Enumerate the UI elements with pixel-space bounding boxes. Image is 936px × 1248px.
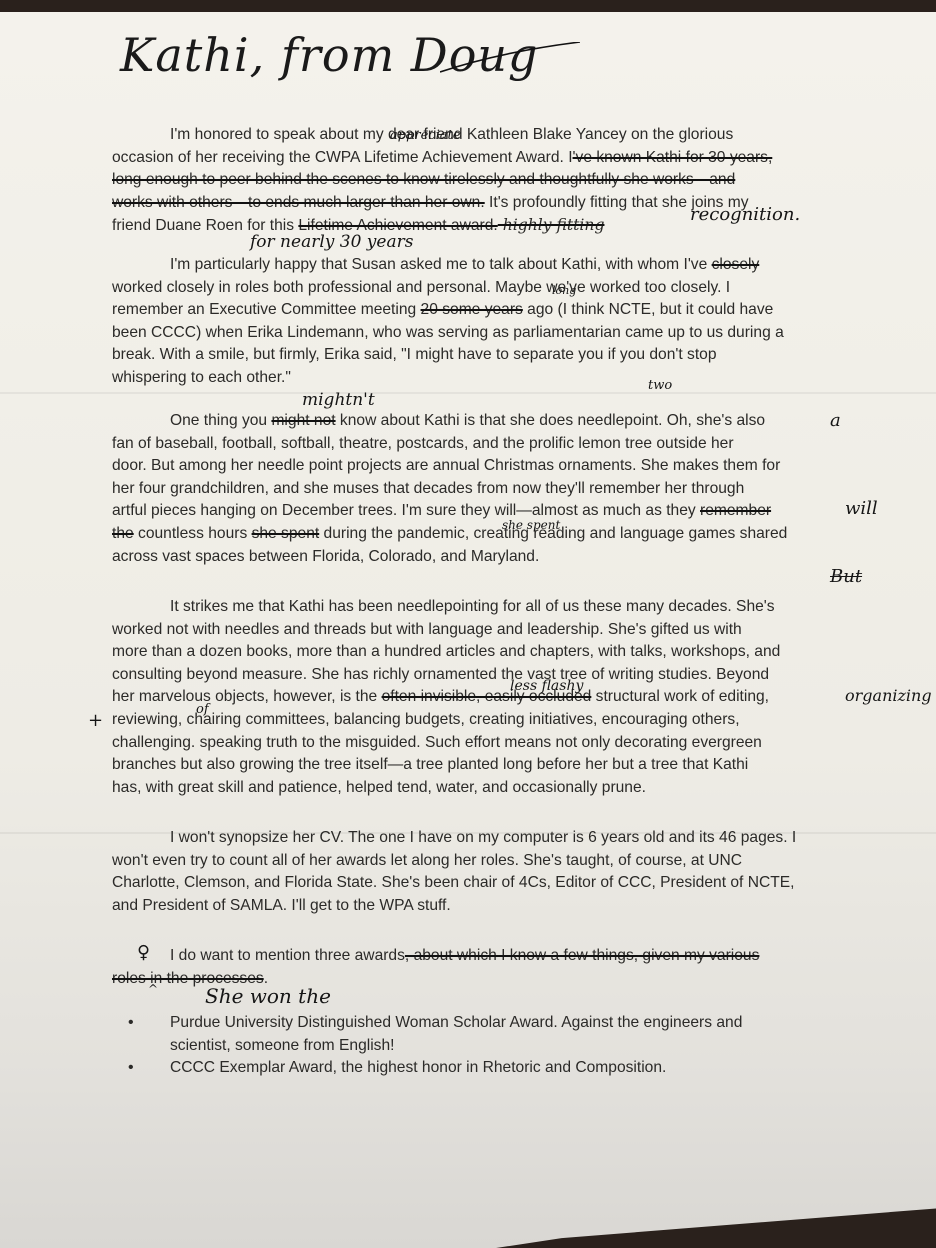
- paragraph-4: It strikes me that Kathi has been needle…: [112, 596, 852, 799]
- annotation-she-spent: she spent: [502, 518, 560, 532]
- text-line: structural work of editing,: [591, 688, 769, 705]
- annotation-long: long: [552, 284, 576, 297]
- annotation-appreciate: appreciate: [390, 128, 460, 143]
- page-fold: [0, 392, 936, 394]
- list-item: CCCC Exemplar Award, the highest honor i…: [112, 1057, 852, 1080]
- annotation-she-won-the: She won the: [205, 984, 331, 1008]
- annotation-plus: +: [88, 710, 103, 731]
- annotation-of: of: [196, 702, 209, 717]
- text-line: won't even try to count all of her award…: [112, 850, 852, 873]
- text-line: across vast spaces between Florida, Colo…: [112, 546, 852, 569]
- text-line: break. With a smile, but firmly, Erika s…: [112, 344, 852, 367]
- text-line: and President of SAMLA. I'll get to the …: [112, 895, 852, 918]
- text-line: scientist, someone from English!: [170, 1035, 852, 1058]
- text-line: CCCC Exemplar Award, the highest honor i…: [170, 1057, 852, 1080]
- text-line: branches but also growing the tree itsel…: [112, 754, 852, 777]
- annotation-will: will: [845, 498, 878, 519]
- text-line: fan of baseball, football, softball, the…: [112, 433, 852, 456]
- text-line: door. But among her needle point project…: [112, 455, 852, 478]
- awards-list: Purdue University Distinguished Woman Sc…: [112, 1012, 852, 1080]
- text-line: whispering to each other.": [112, 367, 852, 390]
- annotation-but-struck: But: [830, 566, 862, 587]
- text-line: challenging. speaking truth to the misgu…: [112, 732, 852, 755]
- annotation-recognition: recognition.: [690, 204, 800, 225]
- annotation-nearly-30-years: for nearly 30 years: [250, 232, 413, 252]
- text-line: reviewing, chairing committees, balancin…: [112, 709, 852, 732]
- annotation-organizing: organizing: [845, 686, 932, 705]
- struck-text: might not: [271, 412, 335, 429]
- text-line: her marvelous objects, however, is the: [112, 688, 382, 705]
- annotation-a: a: [830, 410, 841, 431]
- text-line: I'm particularly happy that Susan asked …: [170, 256, 712, 273]
- text-line: It strikes me that Kathi has been needle…: [112, 596, 852, 619]
- paragraph-5: I won't synopsize her CV. The one I have…: [112, 827, 852, 917]
- text-line: ago (I think NCTE, but it could have: [523, 301, 774, 318]
- struck-text: , about which I know a few things, given…: [405, 947, 760, 964]
- struck-text: 20 some years: [421, 301, 523, 318]
- annotation-two: two: [648, 378, 672, 393]
- annotation-less-flashy: less flashy: [510, 678, 583, 694]
- text-line: occasion of her receiving the CWPA Lifet…: [112, 149, 573, 166]
- text-line: know about Kathi is that she does needle…: [336, 412, 765, 429]
- text-line: Purdue University Distinguished Woman Sc…: [170, 1012, 852, 1035]
- struck-text: closely: [712, 256, 760, 273]
- text-line: countless hours: [134, 525, 252, 542]
- text-line: Charlotte, Clemson, and Florida State. S…: [112, 872, 852, 895]
- text-line: has, with great skill and patience, help…: [112, 777, 852, 800]
- text-line: worked not with needles and threads but …: [112, 619, 852, 642]
- struck-text: works with others—to ends much larger th…: [112, 194, 485, 211]
- paragraph-3: One thing you might not know about Kathi…: [112, 410, 852, 568]
- text-line: worked closely in roles both professiona…: [112, 277, 852, 300]
- struck-text: remember: [700, 502, 771, 519]
- struck-text: long enough to peer behind the scenes to…: [112, 169, 852, 192]
- struck-text: the: [112, 525, 134, 542]
- text-line: remember an Executive Committee meeting: [112, 301, 421, 318]
- paragraph-2: I'm particularly happy that Susan asked …: [112, 254, 852, 390]
- text-line: One thing you: [170, 412, 271, 429]
- struck-handwriting: highly fitting: [498, 216, 605, 234]
- text-line: been CCCC) when Erika Lindemann, who was…: [112, 322, 852, 345]
- struck-text: she spent: [252, 525, 320, 542]
- list-item: Purdue University Distinguished Woman Sc…: [112, 1012, 852, 1057]
- annotation-caret: ^: [148, 982, 158, 996]
- text-line: I do want to mention three awards: [170, 947, 405, 964]
- text-line: I won't synopsize her CV. The one I have…: [112, 827, 852, 850]
- text-line: consulting beyond measure. She has richl…: [112, 664, 852, 687]
- text-line: her four grandchildren, and she muses th…: [112, 478, 852, 501]
- annotation-female-symbol-icon: ♀: [137, 942, 150, 963]
- text-line: artful pieces hanging on December trees.…: [112, 502, 700, 519]
- annotation-mightnt: mightn't: [302, 390, 375, 410]
- text-line: more than a dozen books, more than a hun…: [112, 641, 852, 664]
- struck-text: 've known Kathi for 30 years,: [573, 149, 773, 166]
- signature-flourish: [440, 42, 580, 82]
